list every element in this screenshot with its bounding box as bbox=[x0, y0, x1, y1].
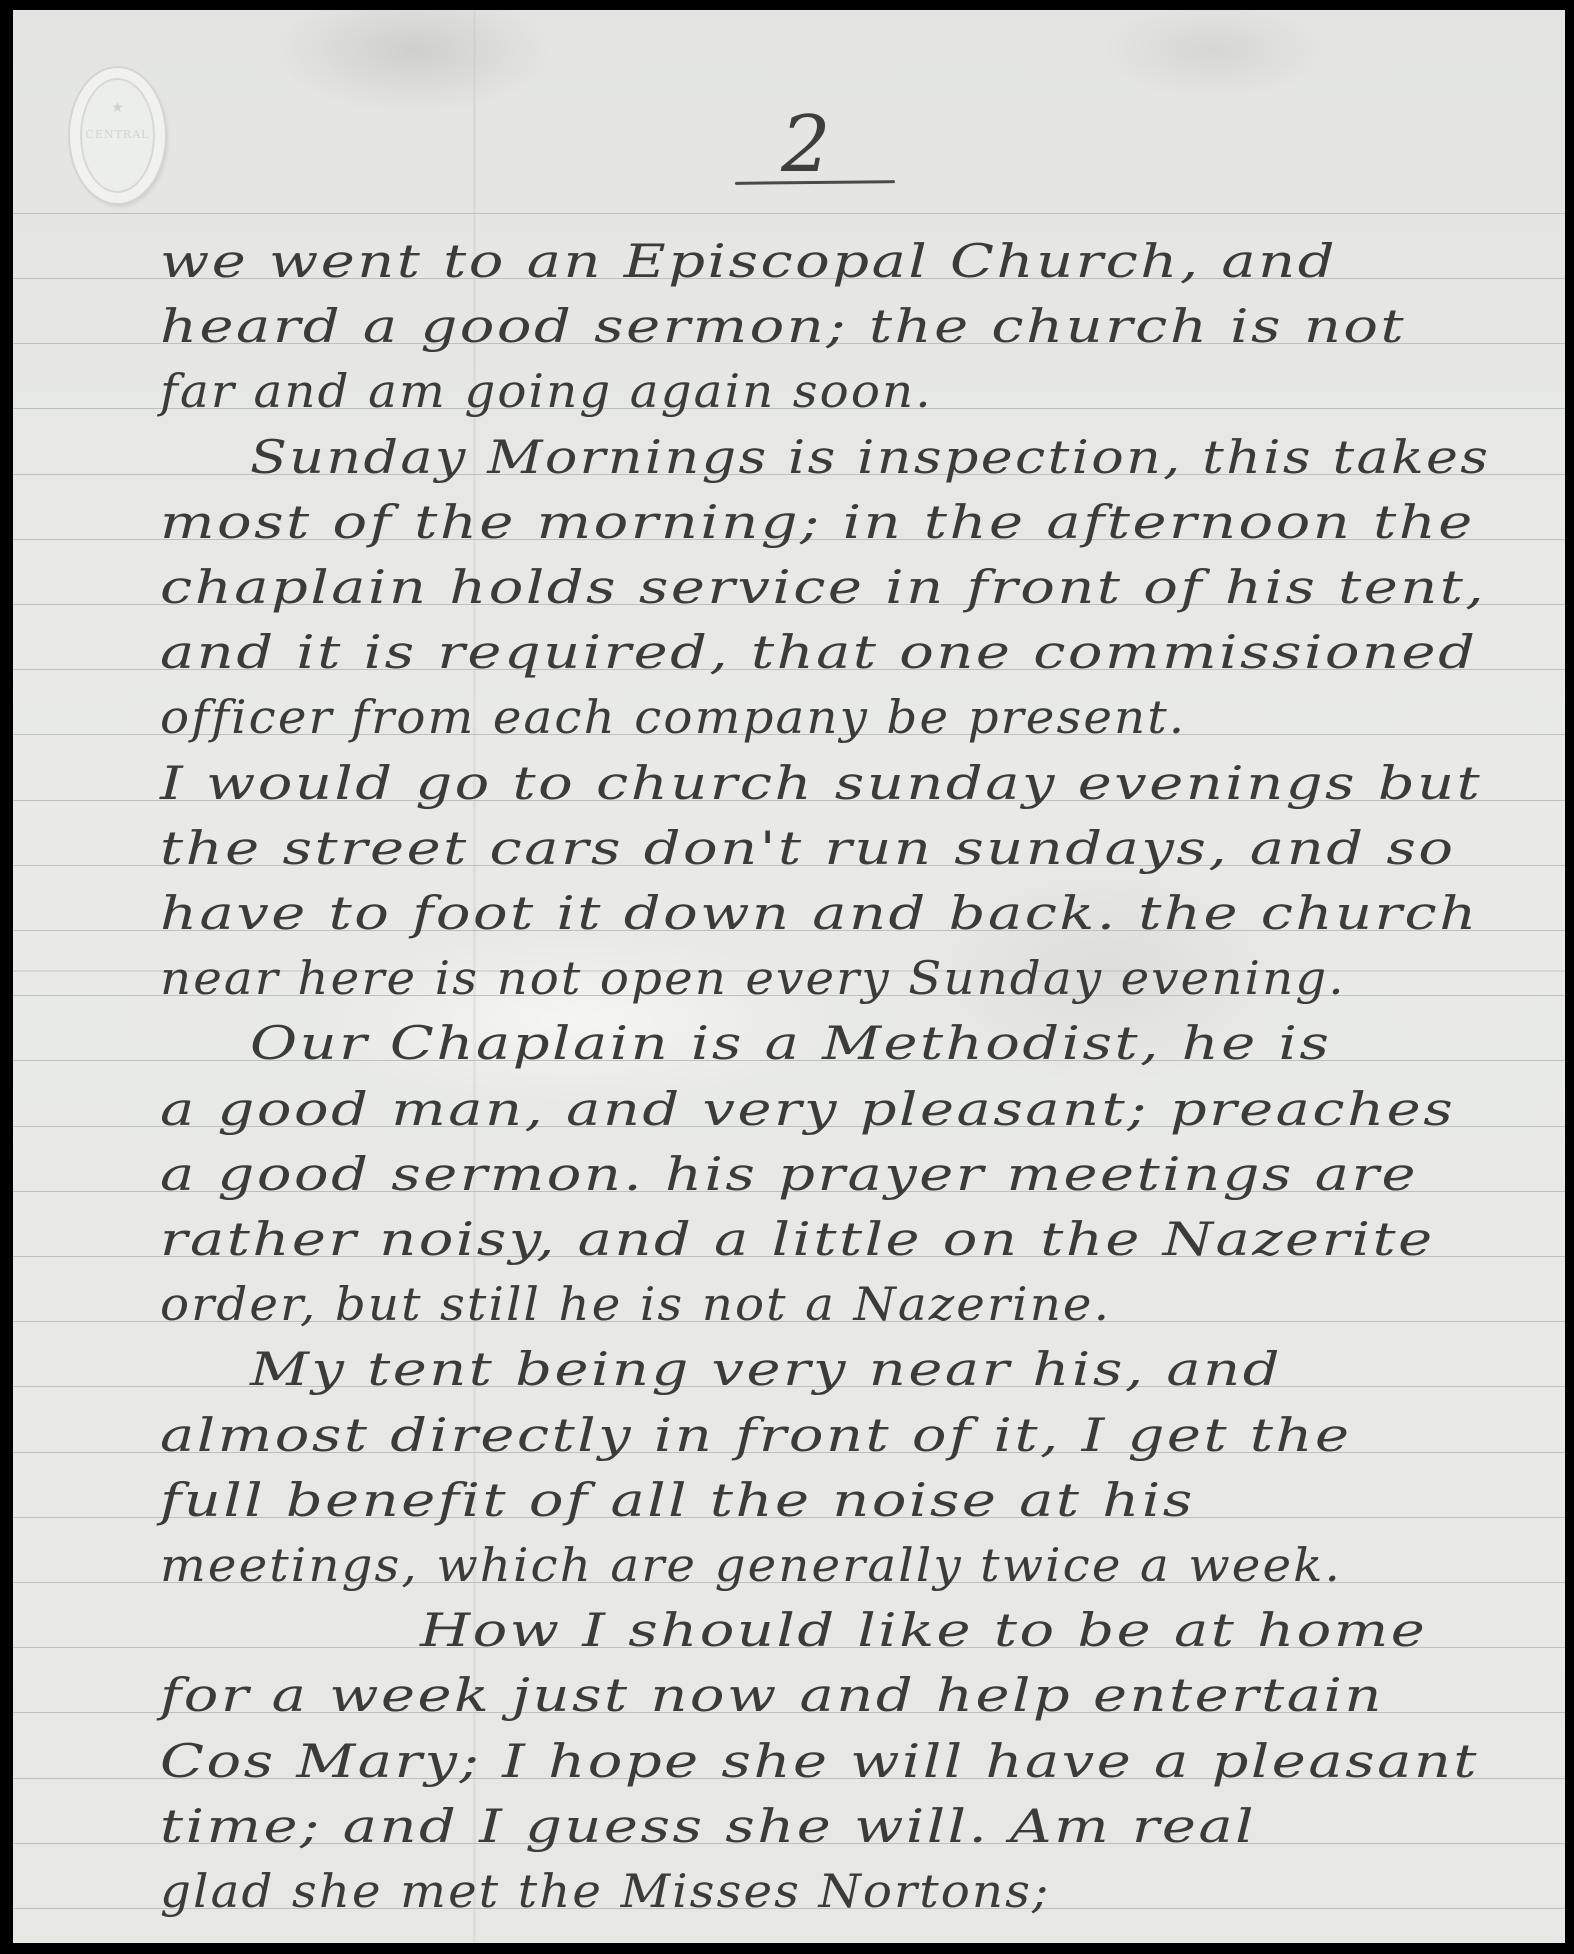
emblem-star-icon: ★ bbox=[80, 100, 155, 116]
handwritten-line: I would go to church sunday evenings but bbox=[160, 760, 1482, 806]
handwritten-line: order, but still he is not a Nazerine. bbox=[160, 1281, 1111, 1327]
handwritten-line: a good man, and very pleasant; preaches bbox=[160, 1086, 1455, 1132]
handwritten-line: chaplain holds service in front of his t… bbox=[160, 564, 1486, 610]
emblem-text: CENTRAL bbox=[80, 128, 155, 141]
handwritten-line: the street cars don't run sundays, and s… bbox=[160, 825, 1455, 871]
embossed-stationery-emblem-icon: ★ CENTRAL bbox=[70, 68, 165, 203]
handwritten-line: far and am going again soon. bbox=[160, 368, 933, 414]
ruled-line bbox=[13, 213, 1565, 214]
page-number: 2 bbox=[781, 106, 831, 184]
handwritten-line: near here is not open every Sunday eveni… bbox=[160, 955, 1346, 1001]
handwritten-line: heard a good sermon; the church is not bbox=[160, 303, 1406, 349]
handwritten-line: How I should like to be at home bbox=[420, 1607, 1427, 1653]
handwritten-line: we went to an Episcopal Church, and bbox=[160, 238, 1337, 284]
letter-page: ★ CENTRAL 2 we went to an Episcopal Chur… bbox=[13, 10, 1565, 1943]
handwritten-line: a good sermon. his prayer meetings are bbox=[160, 1151, 1418, 1197]
handwritten-line: most of the morning; in the afternoon th… bbox=[160, 499, 1475, 545]
handwritten-line: officer from each company be present. bbox=[160, 694, 1186, 740]
handwritten-line: full benefit of all the noise at his bbox=[160, 1477, 1195, 1523]
handwritten-line: glad she met the Misses Nortons; bbox=[160, 1868, 1050, 1914]
handwritten-line: and it is required, that one commissione… bbox=[160, 629, 1477, 675]
handwritten-line: Our Chaplain is a Methodist, he is bbox=[250, 1020, 1331, 1066]
handwritten-line: Sunday Mornings is inspection, this take… bbox=[250, 434, 1490, 480]
handwritten-line: for a week just now and help entertain bbox=[160, 1672, 1384, 1718]
handwritten-line: meetings, which are generally twice a we… bbox=[160, 1542, 1342, 1588]
handwritten-line: My tent being very near his, and bbox=[250, 1346, 1282, 1392]
handwritten-line: have to foot it down and back. the churc… bbox=[160, 890, 1479, 936]
handwritten-line: almost directly in front of it, I get th… bbox=[160, 1412, 1352, 1458]
handwritten-line: Cos Mary; I hope she will have a pleasan… bbox=[160, 1738, 1479, 1784]
handwritten-line: time; and I guess she will. Am real bbox=[160, 1803, 1256, 1849]
handwritten-line: rather noisy, and a little on the Nazeri… bbox=[160, 1216, 1435, 1262]
